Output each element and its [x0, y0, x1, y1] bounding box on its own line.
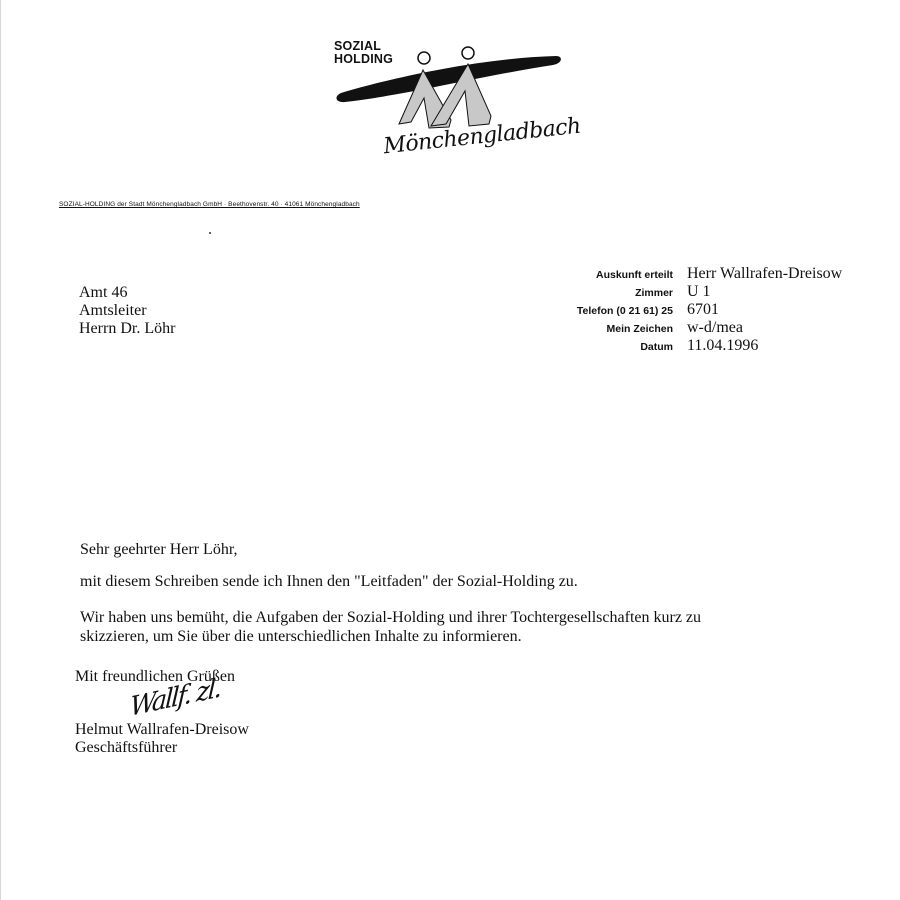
fold-mark — [209, 232, 211, 234]
signer-title: Geschäftsführer — [75, 739, 249, 757]
sozial-holding-logo: SOZIAL HOLDING Mönchengladbach — [331, 36, 581, 171]
paragraph-line: skizzieren, um Sie über die unterschiedl… — [80, 627, 840, 646]
info-value: 6701 — [687, 301, 719, 319]
info-value: U 1 — [687, 283, 711, 301]
info-row-contact: Auskunft erteilt Herr Wallrafen-Dreisow — [541, 265, 842, 283]
info-row-date: Datum 11.04.1996 — [541, 337, 842, 355]
body-paragraph-2: Wir haben uns bemüht, die Aufgaben der S… — [80, 608, 840, 646]
recipient-line: Amtsleiter — [79, 302, 175, 320]
info-row-phone: Telefon (0 21 61) 25 6701 — [541, 301, 842, 319]
info-row-reference: Mein Zeichen w-d/mea — [541, 319, 842, 337]
paragraph-line: Wir haben uns bemüht, die Aufgaben der S… — [80, 608, 840, 627]
recipient-address: Amt 46 Amtsleiter Herrn Dr. Löhr — [79, 284, 175, 338]
signer-block: Helmut Wallrafen-Dreisow Geschäftsführer — [75, 721, 249, 757]
recipient-line: Amt 46 — [79, 284, 175, 302]
info-row-room: Zimmer U 1 — [541, 283, 842, 301]
logo-wordmark: SOZIAL HOLDING — [334, 40, 393, 66]
logo-line-2: HOLDING — [334, 53, 393, 66]
info-label: Auskunft erteilt — [541, 269, 687, 281]
reference-info-block: Auskunft erteilt Herr Wallrafen-Dreisow … — [541, 265, 842, 355]
info-value: w-d/mea — [687, 319, 743, 337]
info-label: Telefon (0 21 61) 25 — [541, 305, 687, 317]
info-label: Zimmer — [541, 287, 687, 299]
recipient-line: Herrn Dr. Löhr — [79, 320, 175, 338]
salutation: Sehr geehrter Herr Löhr, — [80, 541, 238, 559]
sender-address-line: SOZIAL-HOLDING der Stadt Mönchengladbach… — [59, 201, 360, 208]
info-value: 11.04.1996 — [687, 337, 758, 355]
signer-name: Helmut Wallrafen-Dreisow — [75, 721, 249, 739]
letter-page: SOZIAL HOLDING Mönchengladbach SOZIAL-HO… — [0, 0, 900, 900]
body-paragraph-1: mit diesem Schreiben sende ich Ihnen den… — [80, 573, 578, 591]
info-label: Mein Zeichen — [541, 323, 687, 335]
info-label: Datum — [541, 341, 687, 353]
info-value: Herr Wallrafen-Dreisow — [687, 265, 842, 283]
